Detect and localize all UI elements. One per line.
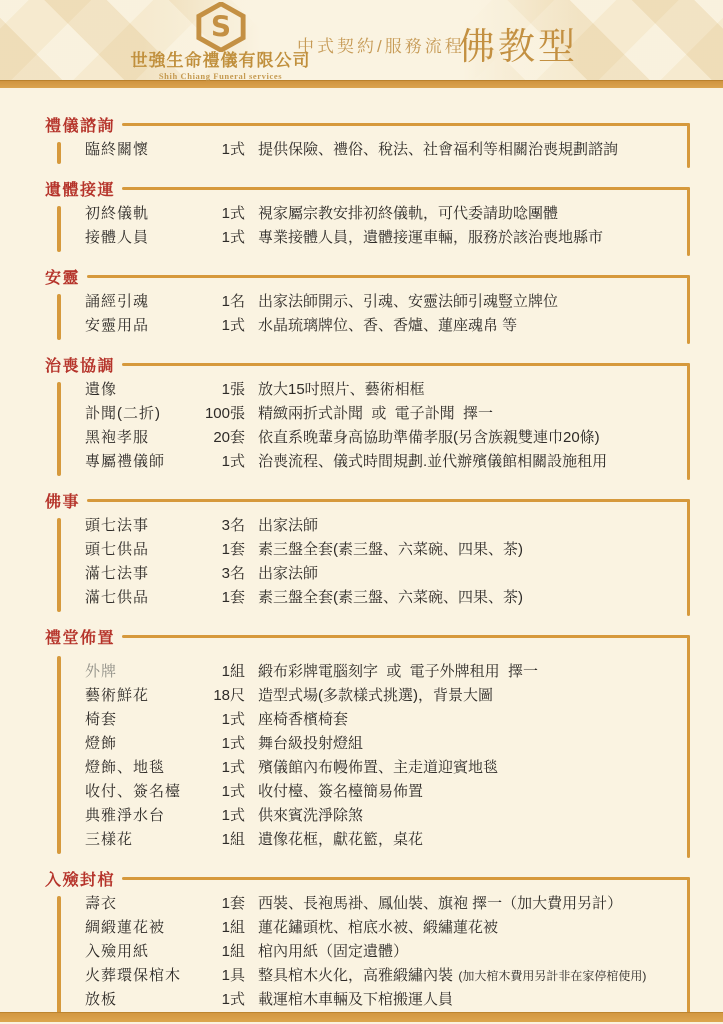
row-quantity: 1式 <box>197 202 245 226</box>
row-description: 專業接體人員，遺體接運車輛，服務於該治喪地縣市 <box>258 226 680 250</box>
row-description: 精緻兩折式訃聞 或 電子訃聞 擇一 <box>258 402 680 426</box>
section-left-bar <box>57 518 61 612</box>
section-header: 禮儀諮詢 <box>45 114 690 134</box>
row-item-name: 接體人員 <box>85 226 197 250</box>
row-description: 水晶琉璃牌位、香、香爐、蓮座魂帛 等 <box>258 314 680 338</box>
row-desc-text: 收付檯、簽名檯簡易佈置 <box>258 783 423 800</box>
service-row: 頭七供品 1套 素三盤全套(素三盤、六菜碗、四果、茶) <box>85 538 680 562</box>
section-body: 臨終關懷 1式 提供保險、禮俗、稅法、社會福利等相關治喪規劃諮詢 <box>45 134 690 168</box>
section-rows: 初終儀軌 1式 視家屬宗教安排初終儀軌，可代委請助唸團體 接體人員 1式 專業接… <box>85 202 680 250</box>
service-section: 遺體接運 初終儀軌 1式 視家屬宗教安排初終儀軌，可代委請助唸團體 接體人員 1… <box>45 178 690 256</box>
row-item-name: 火葬環保棺木 <box>85 964 197 988</box>
row-item-name: 專屬禮儀師 <box>85 450 197 474</box>
row-desc-text: 水晶琉璃牌位、香、香爐、蓮座魂帛 等 <box>258 317 517 334</box>
service-row: 頭七法事 3名 出家法師 <box>85 514 680 538</box>
service-row: 訃聞(二折) 100張 精緻兩折式訃聞 或 電子訃聞 擇一 <box>85 402 680 426</box>
section-body: 外牌 1組 緞布彩牌電腦刻字 或 電子外牌租用 擇一 藝術鮮花 18尺 造型式場… <box>45 646 690 858</box>
service-row: 火葬環保棺木 1具 整具棺木火化，高雅緞繡內裝 (加大棺木費用另計非在家停棺使用… <box>85 964 680 988</box>
row-item-name: 三樣花 <box>85 828 197 852</box>
row-desc-text: 緞布彩牌電腦刻字 或 電子外牌租用 擇一 <box>258 663 538 680</box>
section-body: 誦經引魂 1名 出家法師開示、引魂、安靈法師引魂豎立牌位 安靈用品 1式 水晶琉… <box>45 286 690 344</box>
row-item-name: 頭七法事 <box>85 514 197 538</box>
row-description: 出家法師 <box>258 514 680 538</box>
section-header: 禮堂佈置 <box>45 626 690 646</box>
row-desc-text: 視家屬宗教安排初終儀軌，可代委請助唸團體 <box>258 205 558 222</box>
row-desc-text: 出家法師開示、引魂、安靈法師引魂豎立牌位 <box>258 293 558 310</box>
row-quantity: 3名 <box>197 562 245 586</box>
row-item-name: 藝術鮮花 <box>85 684 197 708</box>
row-quantity: 1組 <box>197 828 245 852</box>
row-item-name: 壽衣 <box>85 892 197 916</box>
row-item-name: 滿七法事 <box>85 562 197 586</box>
row-desc-text: 精緻兩折式訃聞 或 電子訃聞 擇一 <box>258 405 493 422</box>
row-quantity: 100張 <box>197 402 245 426</box>
row-item-name: 誦經引魂 <box>85 290 197 314</box>
service-section: 治喪協調 遺像 1張 放大15吋照片、藝術相框 訃聞(二折) 100張 精緻兩折… <box>45 354 690 480</box>
row-desc-text: 造型式場(多款樣式挑選)，背景大圖 <box>258 687 493 704</box>
row-quantity: 1式 <box>197 804 245 828</box>
row-quantity: 1式 <box>197 732 245 756</box>
service-row: 接體人員 1式 專業接體人員，遺體接運車輛，服務於該治喪地縣市 <box>85 226 680 250</box>
service-row: 三樣花 1組 遺像花框，獻花籃，桌花 <box>85 828 680 852</box>
service-row: 收付、簽名檯 1式 收付檯、簽名檯簡易佈置 <box>85 780 680 804</box>
row-desc-text: 出家法師 <box>258 517 318 534</box>
row-quantity: 1式 <box>197 138 245 162</box>
row-item-name: 燈飾、地毯 <box>85 756 197 780</box>
section-title: 佛事 <box>45 489 87 512</box>
row-quantity: 1組 <box>197 940 245 964</box>
row-item-name: 初終儀軌 <box>85 202 197 226</box>
row-desc-text: 素三盤全套(素三盤、六菜碗、四果、茶) <box>258 589 523 606</box>
row-desc-text: 舞台級投射燈組 <box>258 735 363 752</box>
row-item-name: 黑袍孝服 <box>85 426 197 450</box>
row-quantity: 18尺 <box>197 684 245 708</box>
row-quantity: 1式 <box>197 314 245 338</box>
section-body: 頭七法事 3名 出家法師 頭七供品 1套 素三盤全套(素三盤、六菜碗、四果、茶)… <box>45 510 690 616</box>
row-item-name: 綢緞蓮花被 <box>85 916 197 940</box>
service-section: 入殮封棺 壽衣 1套 西裝、長袍馬褂、鳳仙裝、旗袍 擇一（加大費用另計） 綢緞蓮… <box>45 868 690 1018</box>
row-description: 素三盤全套(素三盤、六菜碗、四果、茶) <box>258 586 680 610</box>
row-description: 緞布彩牌電腦刻字 或 電子外牌租用 擇一 <box>258 660 680 684</box>
row-description: 整具棺木火化，高雅緞繡內裝 (加大棺木費用另計非在家停棺使用) <box>258 964 680 988</box>
company-name: 世強生命禮儀有限公司 <box>128 52 313 70</box>
row-description: 視家屬宗教安排初終儀軌，可代委請助唸團體 <box>258 202 680 226</box>
section-top-line <box>122 363 690 366</box>
service-row: 放板 1式 載運棺木車輛及下棺搬運人員 <box>85 988 680 1012</box>
row-desc-text: 專業接體人員，遺體接運車輛，服務於該治喪地縣市 <box>258 229 603 246</box>
section-body: 初終儀軌 1式 視家屬宗教安排初終儀軌，可代委請助唸團體 接體人員 1式 專業接… <box>45 198 690 256</box>
service-row: 綢緞蓮花被 1組 蓮花鏽頭枕、棺底水被、緞繡蓮花被 <box>85 916 680 940</box>
section-rows: 頭七法事 3名 出家法師 頭七供品 1套 素三盤全套(素三盤、六菜碗、四果、茶)… <box>85 514 680 610</box>
row-desc-text: 西裝、長袍馬褂、鳳仙裝、旗袍 擇一（加大費用另計） <box>258 895 622 912</box>
service-row: 壽衣 1套 西裝、長袍馬褂、鳳仙裝、旗袍 擇一（加大費用另計） <box>85 892 680 916</box>
section-header: 入殮封棺 <box>45 868 690 888</box>
row-item-name: 遺像 <box>85 378 197 402</box>
service-section: 禮儀諮詢 臨終關懷 1式 提供保險、禮俗、稅法、社會福利等相關治喪規劃諮詢 <box>45 114 690 168</box>
section-rows: 臨終關懷 1式 提供保險、禮俗、稅法、社會福利等相關治喪規劃諮詢 <box>85 138 680 162</box>
section-top-line <box>87 275 690 278</box>
row-item-name: 收付、簽名檯 <box>85 780 197 804</box>
service-row: 安靈用品 1式 水晶琉璃牌位、香、香爐、蓮座魂帛 等 <box>85 314 680 338</box>
section-body: 壽衣 1套 西裝、長袍馬褂、鳳仙裝、旗袍 擇一（加大費用另計） 綢緞蓮花被 1組… <box>45 888 690 1018</box>
company-name-english: Shih Chiang Funeral services <box>128 70 313 82</box>
section-left-bar <box>57 142 61 164</box>
row-quantity: 1套 <box>197 892 245 916</box>
row-desc-text: 供來賓洗淨除煞 <box>258 807 363 824</box>
row-desc-text: 出家法師 <box>258 565 318 582</box>
row-item-name: 頭七供品 <box>85 538 197 562</box>
section-rows: 遺像 1張 放大15吋照片、藝術相框 訃聞(二折) 100張 精緻兩折式訃聞 或… <box>85 378 680 474</box>
row-quantity: 1式 <box>197 988 245 1012</box>
section-header: 安靈 <box>45 266 690 286</box>
section-header: 佛事 <box>45 490 690 510</box>
section-title: 入殮封棺 <box>45 867 122 890</box>
row-item-name: 燈飾 <box>85 732 197 756</box>
service-row: 滿七法事 3名 出家法師 <box>85 562 680 586</box>
row-description: 棺內用紙（固定遺體） <box>258 940 680 964</box>
document-title: 佛教型 <box>458 16 578 70</box>
hexagon-s-logo-icon: S <box>194 2 248 52</box>
section-top-line <box>87 499 690 502</box>
row-quantity: 1張 <box>197 378 245 402</box>
row-description: 出家法師開示、引魂、安靈法師引魂豎立牌位 <box>258 290 680 314</box>
row-desc-text: 提供保險、禮俗、稅法、社會福利等相關治喪規劃諮詢 <box>258 141 618 158</box>
row-quantity: 1套 <box>197 538 245 562</box>
row-item-name: 訃聞(二折) <box>85 402 197 426</box>
row-quantity: 1式 <box>197 756 245 780</box>
section-rows: 外牌 1組 緞布彩牌電腦刻字 或 電子外牌租用 擇一 藝術鮮花 18尺 造型式場… <box>85 660 680 852</box>
service-row: 黑袍孝服 20套 依直系晚輩身高協助準備孝服(另含族親雙連巾20條) <box>85 426 680 450</box>
section-top-line <box>122 635 690 638</box>
document-page: S 世強生命禮儀有限公司 Shih Chiang Funeral service… <box>0 0 723 1024</box>
row-quantity: 3名 <box>197 514 245 538</box>
row-quantity: 1式 <box>197 450 245 474</box>
row-item-name: 放板 <box>85 988 197 1012</box>
row-item-name: 入殮用紙 <box>85 940 197 964</box>
row-item-name: 典雅淨水台 <box>85 804 197 828</box>
row-desc-text: 載運棺木車輛及下棺搬運人員 <box>258 991 453 1008</box>
row-description: 西裝、長袍馬褂、鳳仙裝、旗袍 擇一（加大費用另計） <box>258 892 680 916</box>
section-top-line <box>122 877 690 880</box>
service-row: 典雅淨水台 1式 供來賓洗淨除煞 <box>85 804 680 828</box>
section-left-bar <box>57 896 61 1014</box>
service-section: 安靈 誦經引魂 1名 出家法師開示、引魂、安靈法師引魂豎立牌位 安靈用品 1式 … <box>45 266 690 344</box>
service-row: 誦經引魂 1名 出家法師開示、引魂、安靈法師引魂豎立牌位 <box>85 290 680 314</box>
footer-bar <box>0 1012 723 1022</box>
service-row: 入殮用紙 1組 棺內用紙（固定遺體） <box>85 940 680 964</box>
service-row: 滿七供品 1套 素三盤全套(素三盤、六菜碗、四果、茶) <box>85 586 680 610</box>
row-description: 造型式場(多款樣式挑選)，背景大圖 <box>258 684 680 708</box>
row-item-name: 臨終關懷 <box>85 138 197 162</box>
row-desc-text: 殯儀館內布幔佈置、主走道迎賓地毯 <box>258 759 498 776</box>
row-description: 殯儀館內布幔佈置、主走道迎賓地毯 <box>258 756 680 780</box>
row-description: 依直系晚輩身高協助準備孝服(另含族親雙連巾20條) <box>258 426 680 450</box>
row-item-name: 外牌 <box>85 660 197 684</box>
row-description: 素三盤全套(素三盤、六菜碗、四果、茶) <box>258 538 680 562</box>
section-rows: 壽衣 1套 西裝、長袍馬褂、鳳仙裝、旗袍 擇一（加大費用另計） 綢緞蓮花被 1組… <box>85 892 680 1012</box>
row-description: 舞台級投射燈組 <box>258 732 680 756</box>
row-desc-text: 座椅香檳椅套 <box>258 711 348 728</box>
row-description: 供來賓洗淨除煞 <box>258 804 680 828</box>
service-section: 禮堂佈置 外牌 1組 緞布彩牌電腦刻字 或 電子外牌租用 擇一 藝術鮮花 18尺… <box>45 626 690 858</box>
row-item-name: 安靈用品 <box>85 314 197 338</box>
section-top-line <box>122 123 690 126</box>
row-desc-text: 蓮花鏽頭枕、棺底水被、緞繡蓮花被 <box>258 919 498 936</box>
row-description: 出家法師 <box>258 562 680 586</box>
section-header: 治喪協調 <box>45 354 690 374</box>
row-quantity: 1式 <box>197 708 245 732</box>
section-title: 遺體接運 <box>45 177 122 200</box>
section-rows: 誦經引魂 1名 出家法師開示、引魂、安靈法師引魂豎立牌位 安靈用品 1式 水晶琉… <box>85 290 680 338</box>
section-left-bar <box>57 294 61 340</box>
row-note: (加大棺木費用另計非在家停棺使用) <box>455 969 646 983</box>
service-row: 燈飾 1式 舞台級投射燈組 <box>85 732 680 756</box>
row-desc-text: 遺像花框，獻花籃，桌花 <box>258 831 423 848</box>
row-quantity: 1組 <box>197 916 245 940</box>
row-quantity: 1具 <box>197 964 245 988</box>
section-title: 安靈 <box>45 265 87 288</box>
row-desc-text: 棺內用紙（固定遺體） <box>258 943 408 960</box>
row-quantity: 1式 <box>197 226 245 250</box>
row-desc-text: 治喪流程、儀式時間規劃.並代辦殯儀館相關設施租用 <box>258 453 607 470</box>
row-desc-text: 整具棺木火化，高雅緞繡內裝 <box>258 967 453 984</box>
section-left-bar <box>57 206 61 252</box>
header-divider-bar <box>0 80 723 88</box>
row-description: 提供保險、禮俗、稅法、社會福利等相關治喪規劃諮詢 <box>258 138 680 162</box>
row-description: 載運棺木車輛及下棺搬運人員 <box>258 988 680 1012</box>
section-header: 遺體接運 <box>45 178 690 198</box>
row-quantity: 1組 <box>197 660 245 684</box>
row-description: 座椅香檳椅套 <box>258 708 680 732</box>
row-description: 蓮花鏽頭枕、棺底水被、緞繡蓮花被 <box>258 916 680 940</box>
row-quantity: 1名 <box>197 290 245 314</box>
row-desc-text: 依直系晚輩身高協助準備孝服(另含族親雙連巾20條) <box>258 429 600 446</box>
row-description: 放大15吋照片、藝術相框 <box>258 378 680 402</box>
section-title: 禮儀諮詢 <box>45 113 122 136</box>
sections: 禮儀諮詢 臨終關懷 1式 提供保險、禮俗、稅法、社會福利等相關治喪規劃諮詢 遺體… <box>0 88 723 1018</box>
row-quantity: 1套 <box>197 586 245 610</box>
row-description: 收付檯、簽名檯簡易佈置 <box>258 780 680 804</box>
service-row: 外牌 1組 緞布彩牌電腦刻字 或 電子外牌租用 擇一 <box>85 660 680 684</box>
section-left-bar <box>57 656 61 854</box>
company-logo-block: S 世強生命禮儀有限公司 Shih Chiang Funeral service… <box>128 2 313 82</box>
service-row: 初終儀軌 1式 視家屬宗教安排初終儀軌，可代委請助唸團體 <box>85 202 680 226</box>
service-row: 臨終關懷 1式 提供保險、禮俗、稅法、社會福利等相關治喪規劃諮詢 <box>85 138 680 162</box>
section-title: 禮堂佈置 <box>45 625 122 648</box>
row-description: 遺像花框，獻花籃，桌花 <box>258 828 680 852</box>
row-description: 治喪流程、儀式時間規劃.並代辦殯儀館相關設施租用 <box>258 450 680 474</box>
row-quantity: 20套 <box>197 426 245 450</box>
header: S 世強生命禮儀有限公司 Shih Chiang Funeral service… <box>0 0 723 80</box>
section-left-bar <box>57 382 61 476</box>
row-item-name: 滿七供品 <box>85 586 197 610</box>
svg-text:S: S <box>210 11 230 44</box>
row-item-name: 椅套 <box>85 708 197 732</box>
service-row: 燈飾、地毯 1式 殯儀館內布幔佈置、主走道迎賓地毯 <box>85 756 680 780</box>
section-body: 遺像 1張 放大15吋照片、藝術相框 訃聞(二折) 100張 精緻兩折式訃聞 或… <box>45 374 690 480</box>
row-desc-text: 放大15吋照片、藝術相框 <box>258 381 425 398</box>
section-title: 治喪協調 <box>45 353 122 376</box>
service-section: 佛事 頭七法事 3名 出家法師 頭七供品 1套 素三盤全套(素三盤、六菜碗、四果… <box>45 490 690 616</box>
row-quantity: 1式 <box>197 780 245 804</box>
service-row: 藝術鮮花 18尺 造型式場(多款樣式挑選)，背景大圖 <box>85 684 680 708</box>
document-subtitle: 中式契約/服務流程 <box>297 32 465 57</box>
service-row: 椅套 1式 座椅香檳椅套 <box>85 708 680 732</box>
service-row: 遺像 1張 放大15吋照片、藝術相框 <box>85 378 680 402</box>
service-row: 專屬禮儀師 1式 治喪流程、儀式時間規劃.並代辦殯儀館相關設施租用 <box>85 450 680 474</box>
row-desc-text: 素三盤全套(素三盤、六菜碗、四果、茶) <box>258 541 523 558</box>
section-top-line <box>122 187 690 190</box>
